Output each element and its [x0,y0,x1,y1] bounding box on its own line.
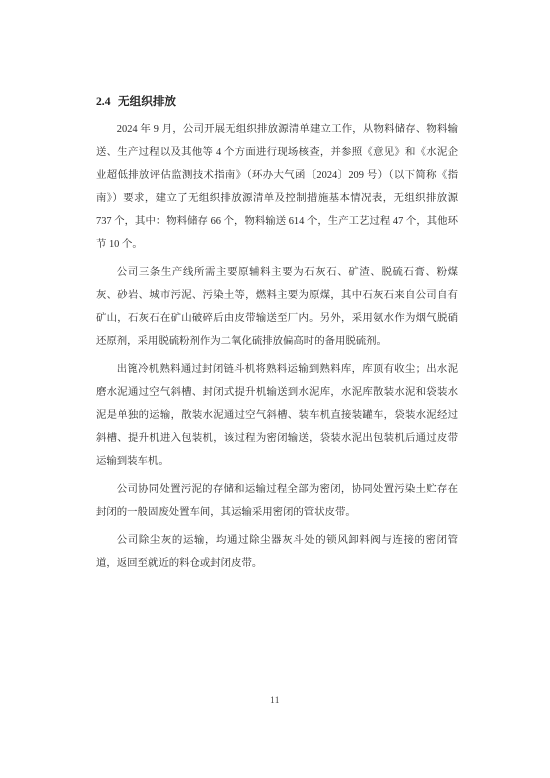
section-heading-number: 2.4 [96,95,111,108]
paragraph-raw-materials: 公司三条生产线所需主要原辅料主要为石灰石、矿渣、脱硫石膏、粉煤灰、砂岩、城市污泥… [96,261,458,353]
section-heading-title: 无组织排放 [118,95,176,108]
page-number: 11 [270,695,280,705]
paragraph-dust-transport: 公司除尘灰的运输，均通过除尘器灰斗处的锁风卸料阀与连接的密闭管道，返回至就近的料… [96,529,458,575]
paragraph-emission-inventory: 2024 年 9 月，公司开展无组织排放源清单建立工作，从物料储存、物料输送、生… [96,118,458,256]
paragraph-sludge-disposal: 公司协同处置污泥的存储和运输过程全部为密闭，协同处置污染土贮存在封闭的一般固废处… [96,478,458,524]
page-footer: 11 [0,690,550,708]
document-page: 2.4无组织排放 2024 年 9 月，公司开展无组织排放源清单建立工作，从物料… [0,0,550,778]
paragraph-cement-transport: 出篦冷机熟料通过封闭链斗机将熟料运输到熟料库，库顶有收尘；出水泥磨水泥通过空气斜… [96,358,458,473]
section-heading: 2.4无组织排放 [96,90,458,113]
document-body: 2.4无组织排放 2024 年 9 月，公司开展无组织排放源清单建立工作，从物料… [96,90,458,580]
